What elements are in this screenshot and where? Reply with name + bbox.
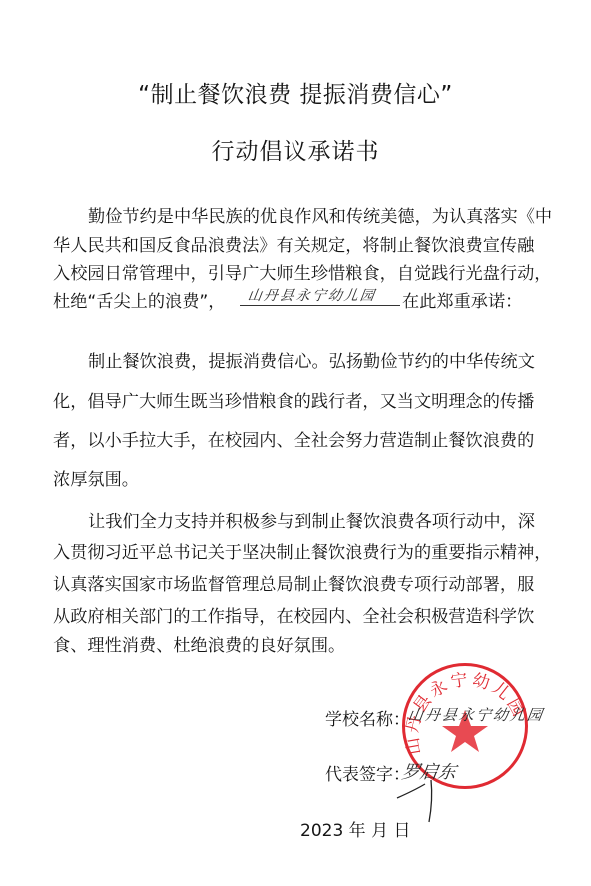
- paragraph1-line: 勤俭节约是中华民族的优良作风和传统美德，为认真落实《中: [53, 202, 529, 227]
- fill-in-underline: [240, 305, 400, 306]
- paragraph3-line: 入贯彻习近平总书记关于坚决制止餐饮浪费行为的重要指示精神，: [53, 538, 529, 563]
- paragraph1-line: 华人民共和国反食品浪费法》有关规定，将制止餐饮浪费宣传融: [53, 231, 529, 256]
- paragraph3-line: 认真落实国家市场监督管理总局制止餐饮浪费专项行动部署，服: [53, 570, 529, 595]
- document-title: “制止餐饮浪费 提振消费信心”: [0, 76, 591, 109]
- school-name-label: 学校名称：: [325, 705, 410, 730]
- paragraph1-line: 入校园日常管理中，引导广大师生珍惜粮食，自觉践行光盘行动，: [53, 259, 529, 284]
- paragraph2-line: 制止餐饮浪费，提振消费信心。弘扬勤俭节约的中华传统文: [53, 347, 529, 372]
- paragraph3-line: 食、理性消费、杜绝浪费的良好氛围。: [53, 631, 529, 656]
- paragraph2-line: 浓厚氛围。: [53, 465, 529, 490]
- school-name-handwritten: 山丹县永宁幼儿园: [407, 704, 546, 725]
- paragraph3-line: 让我们全力支持并积极参与到制止餐饮浪费各项行动中，深: [53, 507, 529, 532]
- paragraph3-line: 从政府相关部门的工作指导，在校园内、全社会积极营造科学饮: [53, 602, 529, 627]
- paragraph1-tail: 在此郑重承诺：: [402, 287, 522, 312]
- document-subtitle: 行动倡议承诺书: [0, 133, 591, 166]
- paragraph2-line: 化，倡导广大师生既当珍惜粮食的践行者，又当文明理念的传播: [53, 387, 529, 412]
- handwritten-school-name: 山丹县永宁幼儿园: [247, 285, 378, 305]
- paragraph1-line: 杜绝“舌尖上的浪费”，: [53, 287, 226, 312]
- date-line: 2023 年 月 日: [300, 816, 410, 841]
- paragraph2-line: 者，以小手拉大手，在校园内、全社会努力营造制止餐饮浪费的: [53, 426, 529, 451]
